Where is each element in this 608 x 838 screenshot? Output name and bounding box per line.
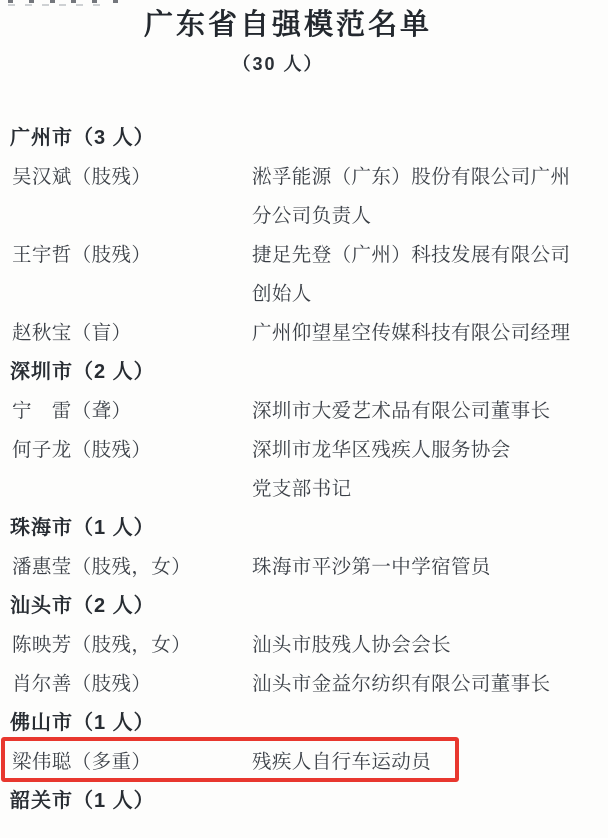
table-row-highlighted: 梁伟聪（多重）残疾人自行车运动员: [0, 743, 608, 782]
document-page: 广东省自强模范名单 （30 人） 广州市（3 人）吴汉斌（肢残）淞孚能源（广东）…: [0, 0, 608, 838]
person-description-line: 捷足先登（广州）科技发展有限公司: [252, 236, 570, 275]
person-name: 王宇哲（肢残）: [12, 236, 252, 275]
person-description-line: 创始人: [252, 275, 312, 314]
person-description-line: 淞孚能源（广东）股份有限公司广州: [252, 158, 570, 197]
person-name: 梁伟聪（多重）: [12, 743, 252, 782]
table-row: 吴汉斌（肢残）淞孚能源（广东）股份有限公司广州: [0, 158, 608, 197]
cut-off-text-fragment: [8, 0, 126, 8]
person-name: 宁 雷（聋）: [12, 392, 252, 431]
table-row: 陈映芳（肢残，女）汕头市肢残人协会会长: [0, 626, 608, 665]
page-title: 广东省自强模范名单: [0, 8, 592, 42]
city-section-label: 广州市（3 人）: [10, 127, 155, 149]
city-section-label: 佛山市（1 人）: [10, 712, 155, 734]
person-description-line: 残疾人自行车运动员: [252, 743, 431, 782]
city-section-header: 韶关市（1 人）: [0, 782, 608, 821]
person-name: 赵秋宝（盲）: [12, 314, 252, 353]
table-row: 王宇哲（肢残）捷足先登（广州）科技发展有限公司: [0, 236, 608, 275]
table-row: 分公司负责人: [0, 197, 608, 236]
person-name: 何子龙（肢残）: [12, 431, 252, 470]
city-section-header: 汕头市（2 人）: [0, 587, 608, 626]
table-row: 赵秋宝（盲）广州仰望星空传媒科技有限公司经理: [0, 314, 608, 353]
person-description-line: 党支部书记: [252, 470, 352, 509]
city-section-label: 汕头市（2 人）: [10, 595, 155, 617]
city-section-label: 深圳市（2 人）: [10, 361, 155, 383]
city-section-header: 珠海市（1 人）: [0, 509, 608, 548]
person-name: 肖尔善（肢残）: [12, 665, 252, 704]
person-description-line: 汕头市金益尔纺织有限公司董事长: [252, 665, 551, 704]
city-section-label: 珠海市（1 人）: [10, 517, 155, 539]
city-section-header: 广州市（3 人）: [0, 119, 608, 158]
city-section-header: 佛山市（1 人）: [0, 704, 608, 743]
person-name: 潘惠莹（肢残，女）: [12, 548, 252, 587]
table-row: 宁 雷（聋）深圳市大爱艺术品有限公司董事长: [0, 392, 608, 431]
person-description-line: 深圳市龙华区残疾人服务协会: [252, 431, 511, 470]
table-row: 创始人: [0, 275, 608, 314]
city-section-header: 深圳市（2 人）: [0, 353, 608, 392]
page-subtitle: （30 人）: [0, 52, 582, 76]
person-name: 陈映芳（肢残，女）: [12, 626, 252, 665]
table-row: 何子龙（肢残）深圳市龙华区残疾人服务协会: [0, 431, 608, 470]
table-row: 党支部书记: [0, 470, 608, 509]
person-description-line: 深圳市大爱艺术品有限公司董事长: [252, 392, 551, 431]
table-row: 肖尔善（肢残）汕头市金益尔纺织有限公司董事长: [0, 665, 608, 704]
table-row: 潘惠莹（肢残，女）珠海市平沙第一中学宿管员: [0, 548, 608, 587]
person-description-line: 珠海市平沙第一中学宿管员: [252, 548, 491, 587]
person-description-line: 广州仰望星空传媒科技有限公司经理: [252, 314, 570, 353]
person-description-line: 汕头市肢残人协会会长: [252, 626, 451, 665]
city-section-label: 韶关市（1 人）: [10, 790, 155, 812]
person-name: 吴汉斌（肢残）: [12, 158, 252, 197]
model-list: 广州市（3 人）吴汉斌（肢残）淞孚能源（广东）股份有限公司广州分公司负责人王宇哲…: [0, 119, 608, 821]
person-description-line: 分公司负责人: [252, 197, 371, 236]
